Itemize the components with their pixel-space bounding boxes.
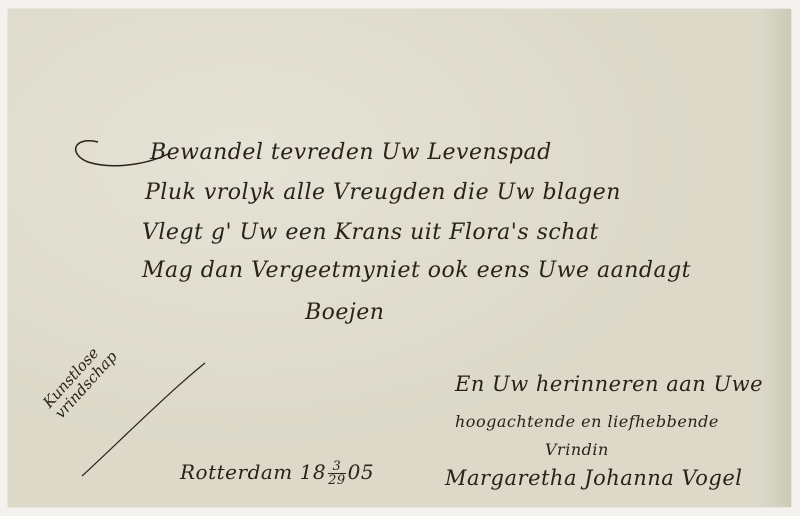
year-suffix: 05 (348, 460, 374, 484)
signature: Margaretha Johanna Vogel (445, 466, 742, 490)
poem-line-2: Pluk vrolyk alle Vreugden die Uw blagen (145, 180, 621, 205)
month-value: 3 (328, 460, 346, 474)
poem-line-4: Mag dan Vergeetmyniet ook eens Uwe aanda… (142, 258, 691, 283)
day-value: 29 (328, 474, 346, 487)
place-name: Rotterdam (180, 460, 293, 484)
place-date: Rotterdam 1832905 (180, 460, 374, 487)
closing-line-3: Vrindin (545, 440, 609, 459)
poem-line-5: Boejen (305, 300, 384, 325)
poem-line-1: Bewandel tevreden Uw Levenspad (150, 140, 552, 165)
closing-line-1: En Uw herinneren aan Uwe (455, 372, 763, 396)
poem-line-3: Vlegt g' Uw een Krans uit Flora's schat (142, 220, 599, 245)
year-prefix: 18 (300, 460, 326, 484)
date-fraction: 329 (328, 460, 346, 487)
closing-line-2: hoogachtende en liefhebbende (455, 412, 719, 431)
